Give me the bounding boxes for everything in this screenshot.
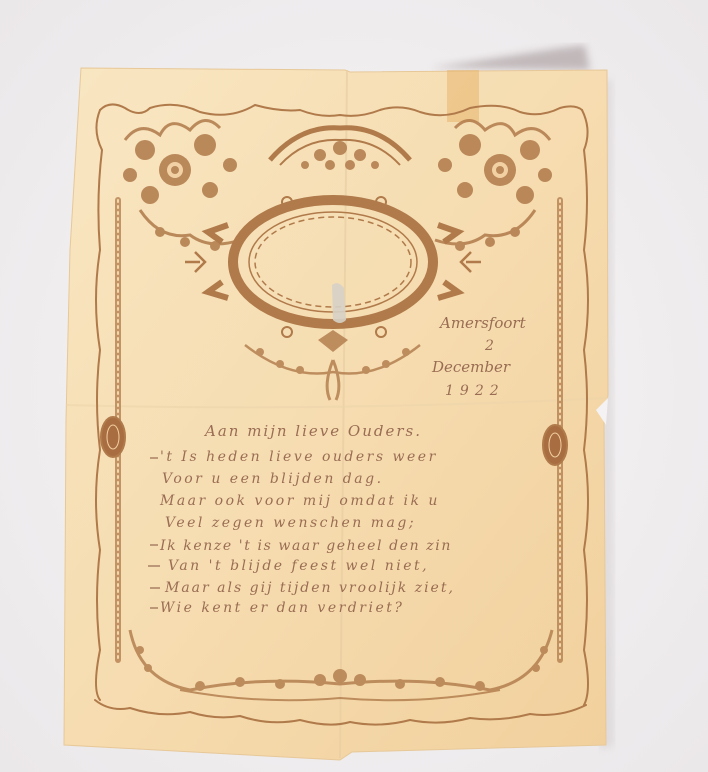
letter-date-year: 1922 bbox=[445, 383, 505, 399]
letter-line-8: Wie kent er dan verdriet? bbox=[160, 600, 404, 616]
letter-line-6: Van 't blijde feest wel niet, bbox=[168, 558, 429, 574]
letter-line-2: Voor u een blijden dag. bbox=[162, 471, 384, 487]
letter-salutation: Aan mijn lieve Ouders. bbox=[203, 422, 422, 440]
letter-line-4: Veel zegen wenschen mag; bbox=[165, 515, 416, 531]
letter-line-5: Ik kenze 't is waar geheel den zin bbox=[159, 538, 452, 554]
photo-scene: Amersfoort 2 December 1922 Aan mijn liev… bbox=[0, 0, 708, 772]
letter-paper bbox=[64, 68, 608, 760]
letter-line-3: Maar ook voor mij omdat ik u bbox=[159, 493, 440, 509]
letter-date-month: December bbox=[431, 358, 511, 376]
letter-place: Amersfoort bbox=[438, 314, 527, 332]
letter-line-1: 't Is heden lieve ouders weer bbox=[160, 449, 438, 465]
letter-line-7: Maar als gij tijden vroolijk ziet, bbox=[164, 580, 455, 596]
letter-date-day: 2 bbox=[484, 338, 494, 354]
paper-wear-spot bbox=[332, 283, 346, 323]
